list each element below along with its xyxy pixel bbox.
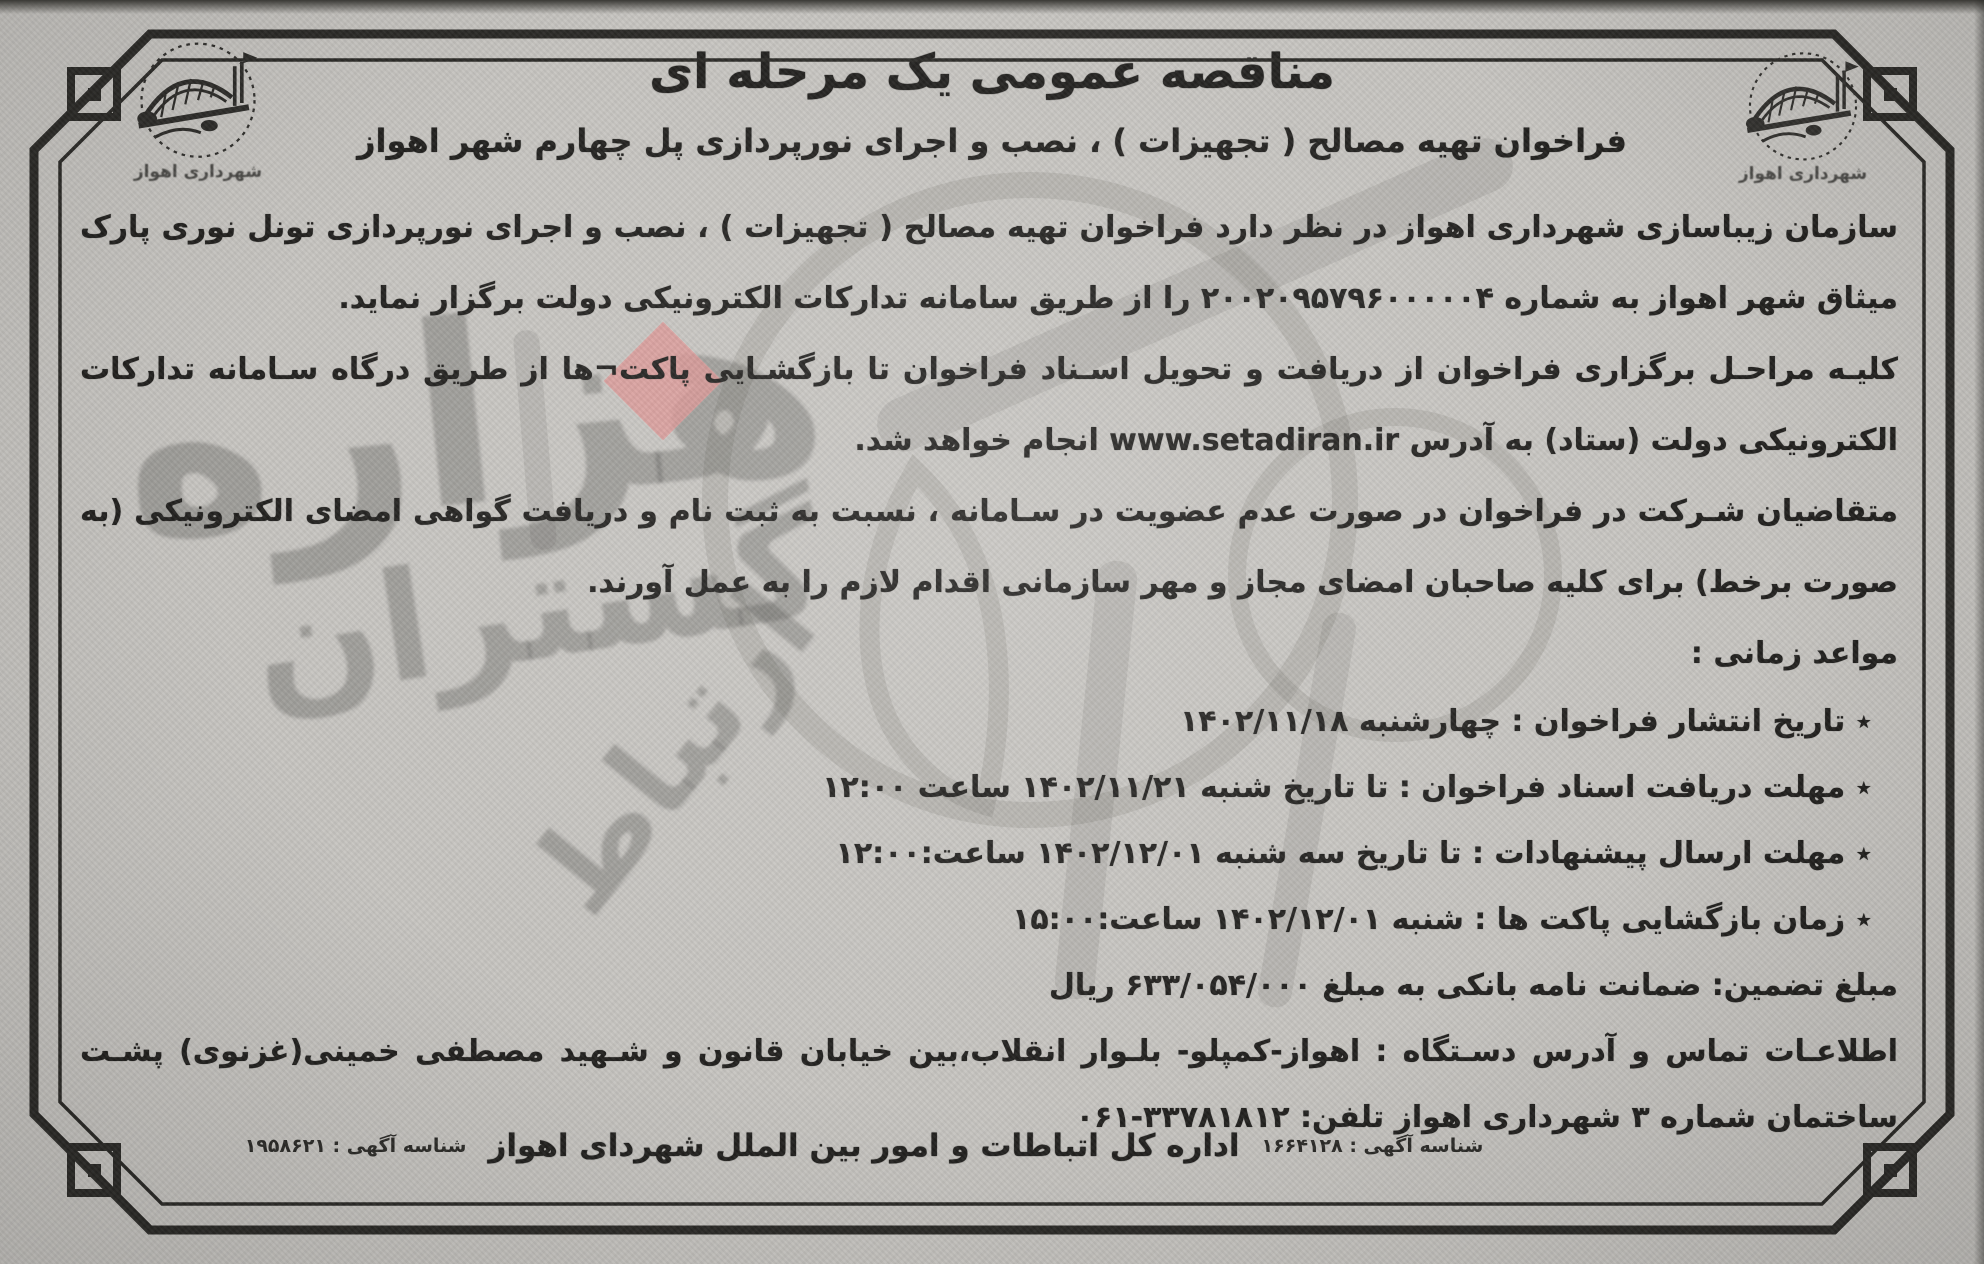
contact-address-line: اطلاعـات تماس و آدرس دسـتگاه : اهواز-کمپ… [80,1019,1898,1085]
body-line: سازمان زیباسازی شهرداری اهواز در نظر دار… [80,192,1898,263]
body-line: کلیـه مراحـل برگزاری فراخوان از دریافت و… [80,334,1898,405]
schedule-line-envelope-opening: ٭ زمان بازگشایی پاکت ها : شنبه ۱۴۰۲/۱۲/۰… [80,887,1898,953]
newspaper-tender-notice: هزاره گستران ارتباط [0,0,1984,1264]
schedule-heading: مواعد زمانی : [80,618,1898,689]
municipality-logo-right: شهرداری اهواز [1692,48,1914,184]
ad-id-right: شناسه آگهی : ۱۶۶۴۱۲۸ [1262,1135,1484,1157]
bridge-logo-icon [1723,48,1883,170]
schedule-line-proposal-deadline: ٭ مهلت ارسال پیشنهادات : تا تاریخ سه شنب… [80,821,1898,887]
schedule-line-docs-deadline: ٭ مهلت دریافت اسناد فراخوان : تا تاریخ ش… [80,755,1898,821]
logo-caption: شهرداری اهواز [1692,164,1914,184]
logo-caption: شهرداری اهواز [82,162,314,182]
schedule-line-publish-date: ٭ تاریخ انتشار فراخوان : چهارشنبه ۱۴۰۲/۱… [80,689,1898,755]
guarantee-amount-line: مبلغ تضمین: ضمانت نامه بانکی به مبلغ ۶۳۳… [80,953,1898,1019]
scan-edge-shadow-right [1974,0,1984,1264]
body-line: صورت برخط) برای کلیه صاحبان امضای مجاز و… [80,547,1898,618]
scan-edge-shadow-top [0,0,1984,14]
body-line: میثاق شهر اهواز به شماره ۲۰۰۲۰۹۵۷۹۶۰۰۰۰۰… [80,263,1898,334]
ad-id-left: شناسه آگهی : ۱۹۵۸۶۲۱ [245,1135,467,1157]
body-line: الکترونیکی دولت (ستاد) به آدرس www.setad… [80,405,1898,476]
notice-body: سازمان زیباسازی شهرداری اهواز در نظر دار… [80,192,1898,1151]
notice-footer: شناسه آگهی : ۱۶۶۴۱۲۸ اداره کل اتباطات و … [0,1128,1856,1164]
body-line: متقاضیان شـرکت در فراخوان در صورت عدم عض… [80,476,1898,547]
bridge-logo-icon [113,38,283,168]
issuing-department: اداره کل اتباطات و امور بین الملل شهردای… [488,1128,1239,1164]
municipality-logo-left: شهرداری اهواز [82,38,314,182]
